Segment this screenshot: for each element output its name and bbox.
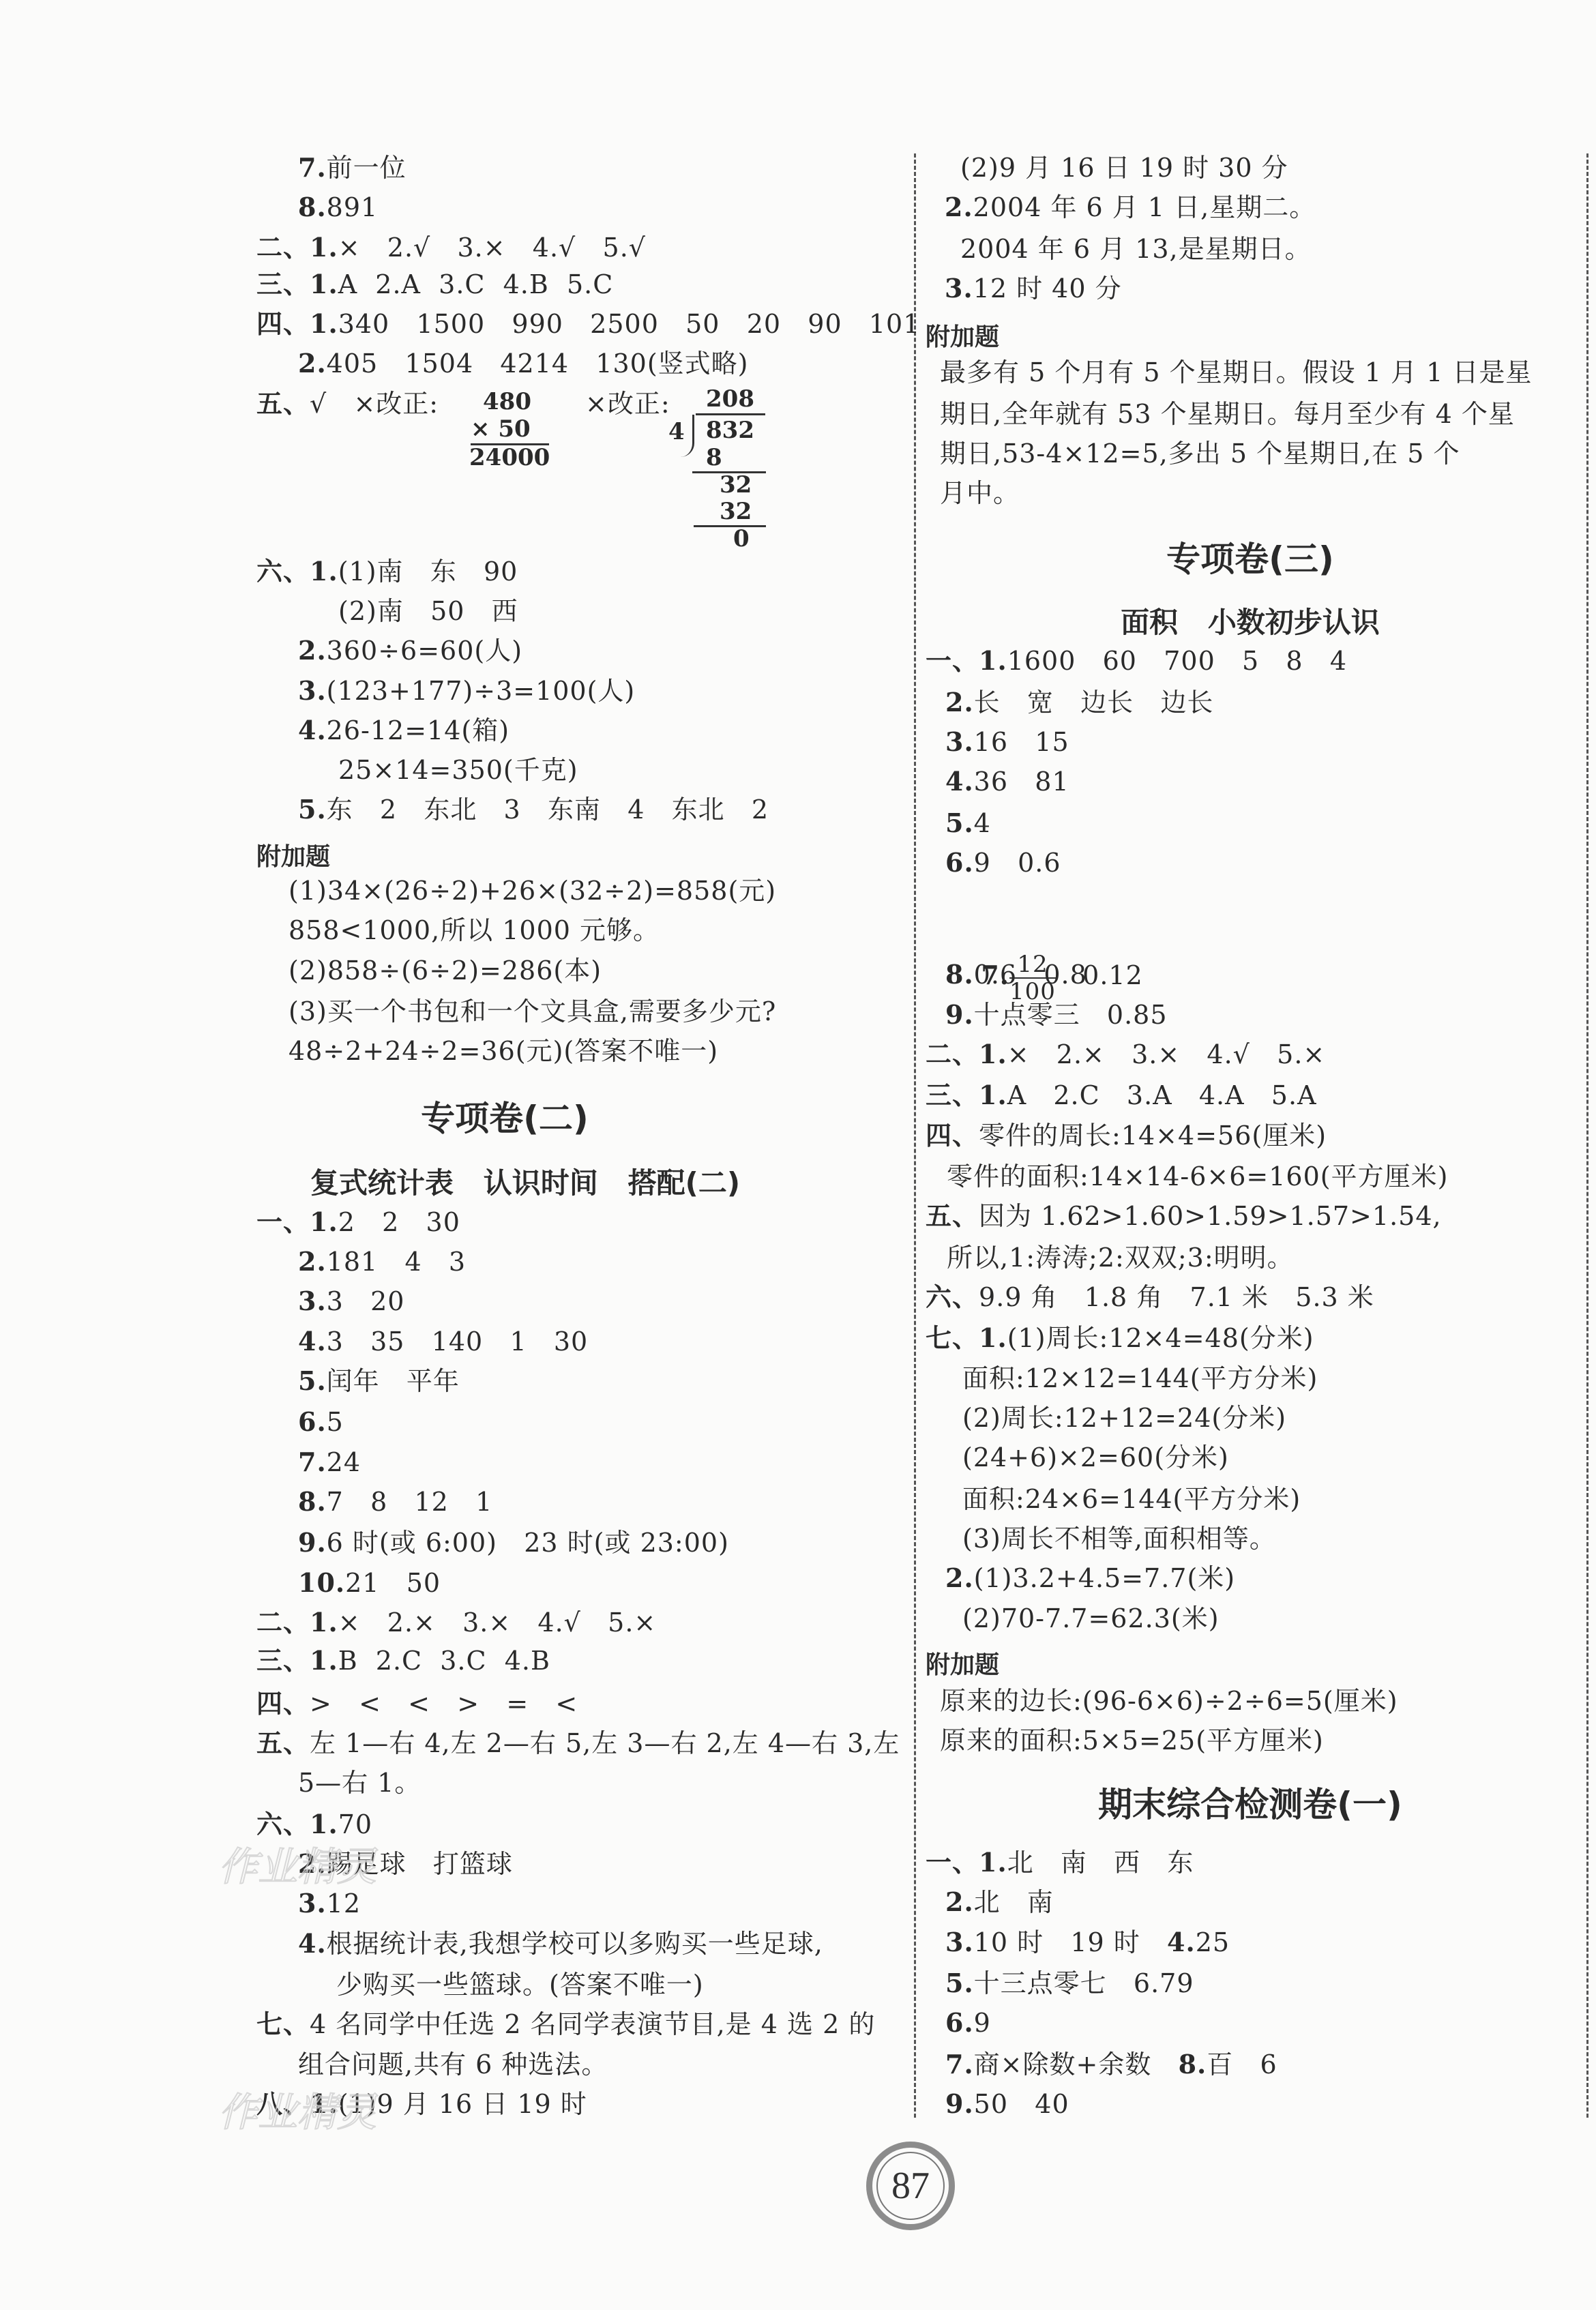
answer-line: ×改正: <box>585 389 670 419</box>
multiplication-result: 24000 <box>469 445 550 471</box>
answer-line: 6.9 <box>945 2008 991 2038</box>
answer-line: 5.闰年 平年 <box>298 1366 460 1396</box>
answer-line: 月中。 <box>940 478 1020 508</box>
answer-line: 2.360÷6=60(人) <box>298 636 522 666</box>
answer-line: 三、1.A 2.A 3.C 4.B 5.C <box>256 269 613 299</box>
answer-line: 2.2004 年 6 月 1 日,星期二。 <box>945 192 1316 222</box>
answer-line: 四、1.340 1500 990 2500 50 20 90 101 <box>256 309 920 339</box>
answer-line: (24+6)×2=60(分米) <box>962 1442 1229 1472</box>
answer-line: 二、1.× 2.× 3.× 4.√ 5.× <box>256 1608 656 1638</box>
answer-line: 2004 年 6 月 13,是星期日。 <box>960 234 1312 264</box>
answer-line: 2.(1)3.2+4.5=7.7(米) <box>945 1563 1235 1593</box>
answer-line: 9.6 时(或 6:00) 23 时(或 23:00) <box>298 1528 729 1558</box>
answer-line: 5.十三点零七 6.79 <box>945 1968 1194 1998</box>
answer-line: (2)70-7.7=62.3(米) <box>962 1603 1220 1633</box>
answer-line: 五、√ ×改正: <box>256 389 439 419</box>
answer-line: (2)南 50 西 <box>338 596 518 626</box>
answer-line: 3.3 20 <box>298 1286 404 1316</box>
answer-line: 7.前一位 <box>298 153 407 183</box>
division-bracket <box>679 415 694 457</box>
answer-line: 7.24 <box>298 1447 361 1477</box>
section-title: 专项卷(二) <box>0 1091 914 1140</box>
answer-line: 3.12 时 40 分 <box>945 273 1122 303</box>
multiplication-top: 480 <box>483 389 531 415</box>
answer-line: 六、9.9 角 1.8 角 7.1 米 5.3 米 <box>926 1282 1374 1312</box>
answer-line: 原来的面积:5×5=25(平方厘米) <box>940 1726 1324 1756</box>
answer-line: 25×14=350(千克) <box>338 755 578 785</box>
answer-line: 面积:24×6=144(平方分米) <box>962 1484 1301 1514</box>
answer-line: 3.10 时 19 时 4.25 <box>945 1927 1230 1957</box>
answer-line: 5.4 <box>945 808 991 838</box>
answer-line: 7.商×除数+余数 8.百 6 <box>945 2049 1277 2079</box>
extra-question-label: 附加题 <box>926 1646 999 1680</box>
answer-line: 三、1.B 2.C 3.C 4.B <box>256 1646 550 1676</box>
answer-line: 9.十点零三 0.85 <box>945 1000 1168 1030</box>
page-number-badge: 87 <box>866 2142 955 2230</box>
answer-line: (2)9 月 16 日 19 时 30 分 <box>960 153 1288 183</box>
answer-line: 一、1.北 南 西 东 <box>926 1848 1194 1878</box>
answer-line: 组合问题,共有 6 种选法。 <box>298 2049 608 2079</box>
division-dividend: 832 <box>706 417 754 443</box>
multiplication-bottom: × 50 <box>471 416 531 442</box>
answer-line: 零件的面积:14×14-6×6=160(平方厘米) <box>947 1161 1448 1191</box>
answer-line: 最多有 5 个月有 5 个星期日。假设 1 月 1 日是星 <box>940 357 1532 387</box>
answer-line: 一、1.1600 60 700 5 8 4 <box>926 646 1347 676</box>
answer-line: 三、1.A 2.C 3.A 4.A 5.A <box>926 1080 1317 1110</box>
answer-line: (1)34×(26÷2)+26×(32÷2)=858(元) <box>289 876 776 906</box>
answer-line: (2)周长:12+12=24(分米) <box>962 1403 1286 1433</box>
answer-line: 二、1.× 2.× 3.× 4.√ 5.× <box>926 1039 1325 1069</box>
answer-line: 4.26-12=14(箱) <box>298 715 509 745</box>
answer-line: 所以,1:涛涛;2:双双;3:明明。 <box>947 1243 1294 1273</box>
answer-line: 二、1.× 2.√ 3.× 4.√ 5.√ <box>256 233 646 263</box>
answer-line: 期日,全年就有 53 个星期日。每月至少有 4 个星 <box>940 399 1515 429</box>
answer-line: 2.长 宽 边长 边长 <box>945 687 1213 717</box>
division-bar <box>696 413 765 415</box>
answer-line: (2)858÷(6÷2)=286(本) <box>289 956 602 986</box>
division-step: 8 <box>706 445 722 471</box>
section-subtitle: 复式统计表 认识时间 搭配(二) <box>0 1161 914 1202</box>
extra-question-label: 附加题 <box>926 318 999 353</box>
division-remainder: 0 <box>733 526 750 552</box>
answer-line: 5—右 1。 <box>298 1768 421 1798</box>
answer-line: 3.16 15 <box>945 727 1069 757</box>
answer-line: 期日,53-4×12=5,多出 5 个星期日,在 5 个 <box>940 439 1460 469</box>
answer-line: 四、零件的周长:14×4=56(厘米) <box>926 1121 1327 1151</box>
answer-line: 6.5 <box>298 1407 344 1437</box>
section-title: 专项卷(三) <box>914 532 1586 581</box>
division-rule <box>694 525 766 527</box>
answer-line: 48÷2+24÷2=36(元)(答案不唯一) <box>289 1036 718 1066</box>
answer-line: 一、1.2 2 30 <box>256 1207 460 1237</box>
answer-line: 6.9 0.6 <box>945 848 1061 878</box>
answer-line: 2.405 1504 4214 130(竖式略) <box>298 349 749 379</box>
division-step: 32 <box>720 499 752 524</box>
answer-line: 9.50 40 <box>945 2089 1069 2119</box>
answer-line: 3.12 <box>298 1889 361 1919</box>
watermark: 作业精灵 <box>218 2080 376 2137</box>
answer-line: (3)周长不相等,面积相等。 <box>962 1524 1276 1554</box>
answer-line: 少购买一些篮球。(答案不唯一) <box>336 1970 704 2000</box>
answer-line: 原来的边长:(96-6×6)÷2÷6=5(厘米) <box>940 1686 1398 1716</box>
answer-line: 七、4 名同学中任选 2 名同学表演节目,是 4 选 2 的 <box>256 2009 875 2039</box>
section-title: 期末综合检测卷(一) <box>914 1777 1586 1826</box>
page-number: 87 <box>876 2152 945 2220</box>
answer-line: 8.0.6 0.8 <box>945 960 1087 990</box>
answer-line: 五、左 1—右 4,左 2—右 5,左 3—右 2,左 4—右 3,左 <box>256 1728 900 1758</box>
right-border <box>1586 153 1588 2118</box>
answer-line: 五、因为 1.62>1.60>1.59>1.57>1.54, <box>926 1201 1442 1231</box>
answer-line: 5.东 2 东北 3 东南 4 东北 2 <box>298 795 769 825</box>
answer-line: 8.7 8 12 1 <box>298 1487 492 1517</box>
answer-line: 3.(123+177)÷3=100(人) <box>298 676 635 706</box>
answer-line: (3)买一个书包和一个文具盒,需要多少元? <box>289 996 776 1026</box>
answer-line: 2.181 4 3 <box>298 1247 466 1277</box>
extra-question-label: 附加题 <box>256 838 330 872</box>
watermark: 作业精灵 <box>218 1835 376 1892</box>
answer-line: 2.北 南 <box>945 1887 1054 1917</box>
division-step: 32 <box>720 472 752 498</box>
answer-line: 六、1.(1)南 东 90 <box>256 557 518 587</box>
answer-line: 4.根据统计表,我想学校可以多购买一些足球, <box>298 1929 823 1959</box>
answer-line: 四、> < < > = < <box>256 1689 578 1719</box>
answer-line: 4.3 35 140 1 30 <box>298 1327 588 1357</box>
section-subtitle: 面积 小数初步认识 <box>914 600 1586 641</box>
answer-line: 10.21 50 <box>298 1568 441 1598</box>
answer-line: 七、1.(1)周长:12×4=48(分米) <box>926 1323 1314 1353</box>
answer-line: 8.891 <box>298 192 378 222</box>
answer-line: 4.36 81 <box>945 767 1069 797</box>
answer-line: 858<1000,所以 1000 元够。 <box>289 915 660 945</box>
division-quotient: 208 <box>706 386 754 412</box>
answer-line: 面积:12×12=144(平方分米) <box>962 1363 1318 1393</box>
